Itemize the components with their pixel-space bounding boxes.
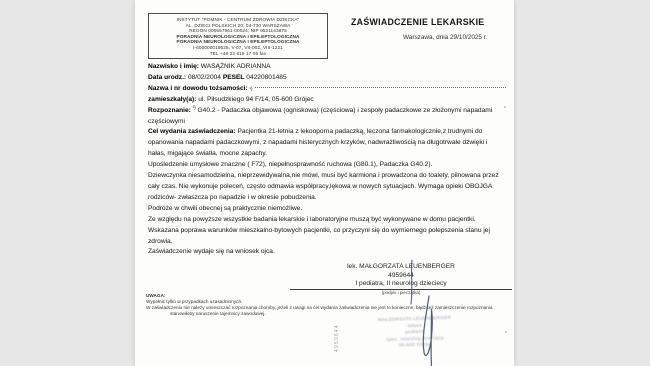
document-viewer-canvas: { "doc": { "title": "ZAŚWIADCZENIE LEKAR… [0,0,650,366]
doctor-rubber-stamp: MAŁGORZATA LEUENBERGER - lekarz - pediat… [356,314,475,351]
paragraph: Zaświadczenie wydaje się na wniosek ojca… [148,247,506,258]
paragraph: Upośledzenie umysłowe znaczne ( F72), ni… [148,160,506,171]
certificate-body: Nazwisko i imię: WASĄŻNIK ADRIANNA Data … [148,62,506,258]
field-birth-value: 08/02/2004 [188,74,221,81]
paragraph-purpose: Cel wydania zaświadczenia: Pacjentka 21-… [148,127,506,160]
signature-block: lek. MAŁGORZATA LEUENBERGER 4959644 I pe… [290,263,512,296]
footnotes-block: UWAGA: Wypełnić tylko w przypadkach uzas… [146,293,508,317]
field-address: zamieszkały(a): ul. Piłsudzkiego 94 F/14… [148,95,506,106]
place-and-date: Warszawa, dnia 29/10/2025 r. [403,34,487,41]
field-pesel-label: PESEL [223,74,245,81]
field-pesel-value: 04220801485 [246,74,286,81]
field-address-value: ul. Piłsudzkiego 94 F/14, 05-600 Grójec [198,96,313,103]
footnote-marker-2: ²) [193,104,196,109]
institution-header-stamp: INSTYTUT "POMNIK - CENTRUM ZDROWIA DZIEC… [148,13,328,59]
blank-dotted-line [255,87,507,88]
paragraph: Podróże w chwili obecnej są praktycznie … [148,204,506,215]
stamp-line: INSTYTUT "POMNIK - CENTRUM ZDROWIA DZIEC… [151,17,325,23]
field-id-document: Nazwa i nr dowodu tożsamości: ¹) [148,84,506,95]
document-title: ZAŚWIADCZENIE LEKARSKIE [351,17,484,27]
doctor-name: lek. MAŁGORZATA LEUENBERGER [290,263,512,272]
field-name-value: WASĄŻNIK ADRIANNA [201,63,271,70]
field-birth-label: Data urodz.: [148,74,186,81]
scanned-certificate-page: INSTYTUT "POMNIK - CENTRUM ZDROWIA DZIEC… [135,0,514,366]
field-id-label: Nazwa i nr dowodu tożsamości: [148,84,248,95]
purpose-label: Cel wydania zaświadczenia: [148,128,236,135]
field-diagnosis-value: G40.2 - Padaczka objawowa (ogniskowa) (c… [148,107,492,125]
field-name: Nazwisko i imię: WASĄŻNIK ADRIANNA [148,62,506,73]
scan-speck [504,106,506,108]
field-diagnosis: Rozpoznanie: ²) G40.2 - Padaczka objawow… [148,106,506,128]
paragraph: Ze względu na powyższe wszystkie badania… [148,215,506,226]
stamp-line: TEL +48 22 815 17 05 fax [151,51,325,57]
field-birth: Data urodz.: 08/02/2004 PESEL 0422080148… [148,73,506,84]
doctor-license-number: 4959644 [290,272,512,280]
field-name-label: Nazwisko i imię: [148,63,199,70]
doctor-specialty: I pediatra, II neurolog dzieciecy [290,280,512,290]
scan-speck [505,331,507,333]
field-diagnosis-label: Rozpoznanie: [148,107,191,114]
paragraph: Wskazana poprawa warunków mieszkalno-byt… [148,226,506,248]
stamp-vertical-license-number: 4959644 [334,324,340,352]
paragraph: Dziewczynka niesamodzielna, nieprzewidyw… [148,171,506,204]
field-address-label: zamieszkały(a): [148,96,196,103]
